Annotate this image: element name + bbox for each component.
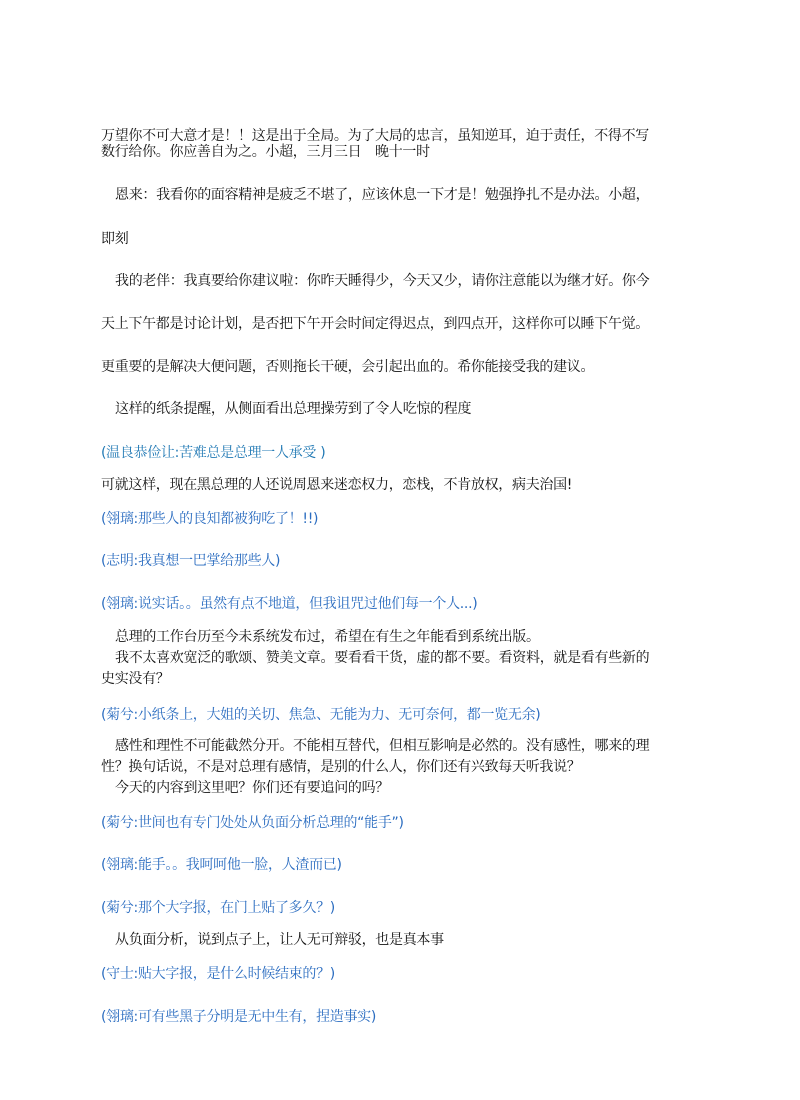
- paragraph-line: 史实没有？: [101, 670, 170, 688]
- reader-comment: (翎璃:能手。。我呵呵他一脸，人渣而已): [101, 856, 342, 874]
- paragraph-line: 总理的工作台历至今未系统发布过，希望在有生之年能看到系统出版。: [101, 628, 540, 646]
- reader-comment: (翎璃:可有些黑子分明是无中生有，捏造事实): [101, 1008, 376, 1026]
- reader-comment: (翎璃:那些人的良知都被狗吃了！!!): [101, 510, 318, 528]
- paragraph-line: 恩来：我看你的面容精神是疲乏不堪了，应该休息一下才是！勉强挣扎不是办法。小超，: [101, 186, 649, 204]
- paragraph-line: 今天的内容到这里吧？你们还有要追问的吗？: [101, 779, 389, 797]
- paragraph-line: 从负面分析，说到点子上，让人无可辩驳，也是真本事: [101, 931, 444, 949]
- reader-comment: (菊兮:那个大字报，在门上贴了多久？): [101, 899, 335, 917]
- reader-comment: (志明:我真想一巴掌给那些人): [101, 552, 280, 570]
- paragraph-line: 更重要的是解决大便问题，否则拖长干硬，会引起出血的。希你能接受我的建议。: [101, 358, 594, 376]
- paragraph-line: 天上下午都是讨论计划，是否把下午开会时间定得迟点，到四点开，这样你可以睡下午觉。: [101, 315, 649, 333]
- paragraph-line: 这样的纸条提醒，从侧面看出总理操劳到了令人吃惊的程度: [101, 400, 471, 418]
- paragraph-line: 数行给你。你应善自为之。小超，三月三日 晚十一时: [101, 143, 430, 161]
- paragraph-line: 性？换句话说，不是对总理有感情，是别的什么人，你们还有兴致每天听我说？: [101, 758, 581, 776]
- paragraph-line: 可就这样，现在黑总理的人还说周恩来迷恋权力，恋栈，不肯放权，病夫治国!: [101, 476, 572, 494]
- reader-comment: (翎璃:说实话。。虽然有点不地道，但我诅咒过他们每一个人...): [101, 595, 477, 613]
- paragraph-line: 我的老伴：我真要给你建议啦：你昨天睡得少，今天又少，请你注意能以为继才好。你今: [101, 272, 649, 290]
- reader-comment: (温良恭俭让:苦难总是总理一人承受 ): [101, 444, 325, 462]
- reader-comment: (菊兮:小纸条上，大姐的关切、焦急、无能为力、无可奈何，都一览无余): [101, 706, 540, 724]
- paragraph-line: 即刻: [101, 230, 128, 248]
- paragraph-line: 感性和理性不可能截然分开。不能相互替代，但相互影响是必然的。没有感性，哪来的理: [101, 737, 649, 755]
- paragraph-line: 我不太喜欢宽泛的歌颂、赞美文章。要看看干货，虚的都不要。看资料，就是看有些新的: [101, 649, 649, 667]
- reader-comment: (菊兮:世间也有专门处处从负面分析总理的“能手”): [101, 814, 404, 832]
- reader-comment: (守士:贴大字报，是什么时候结束的？): [101, 965, 335, 983]
